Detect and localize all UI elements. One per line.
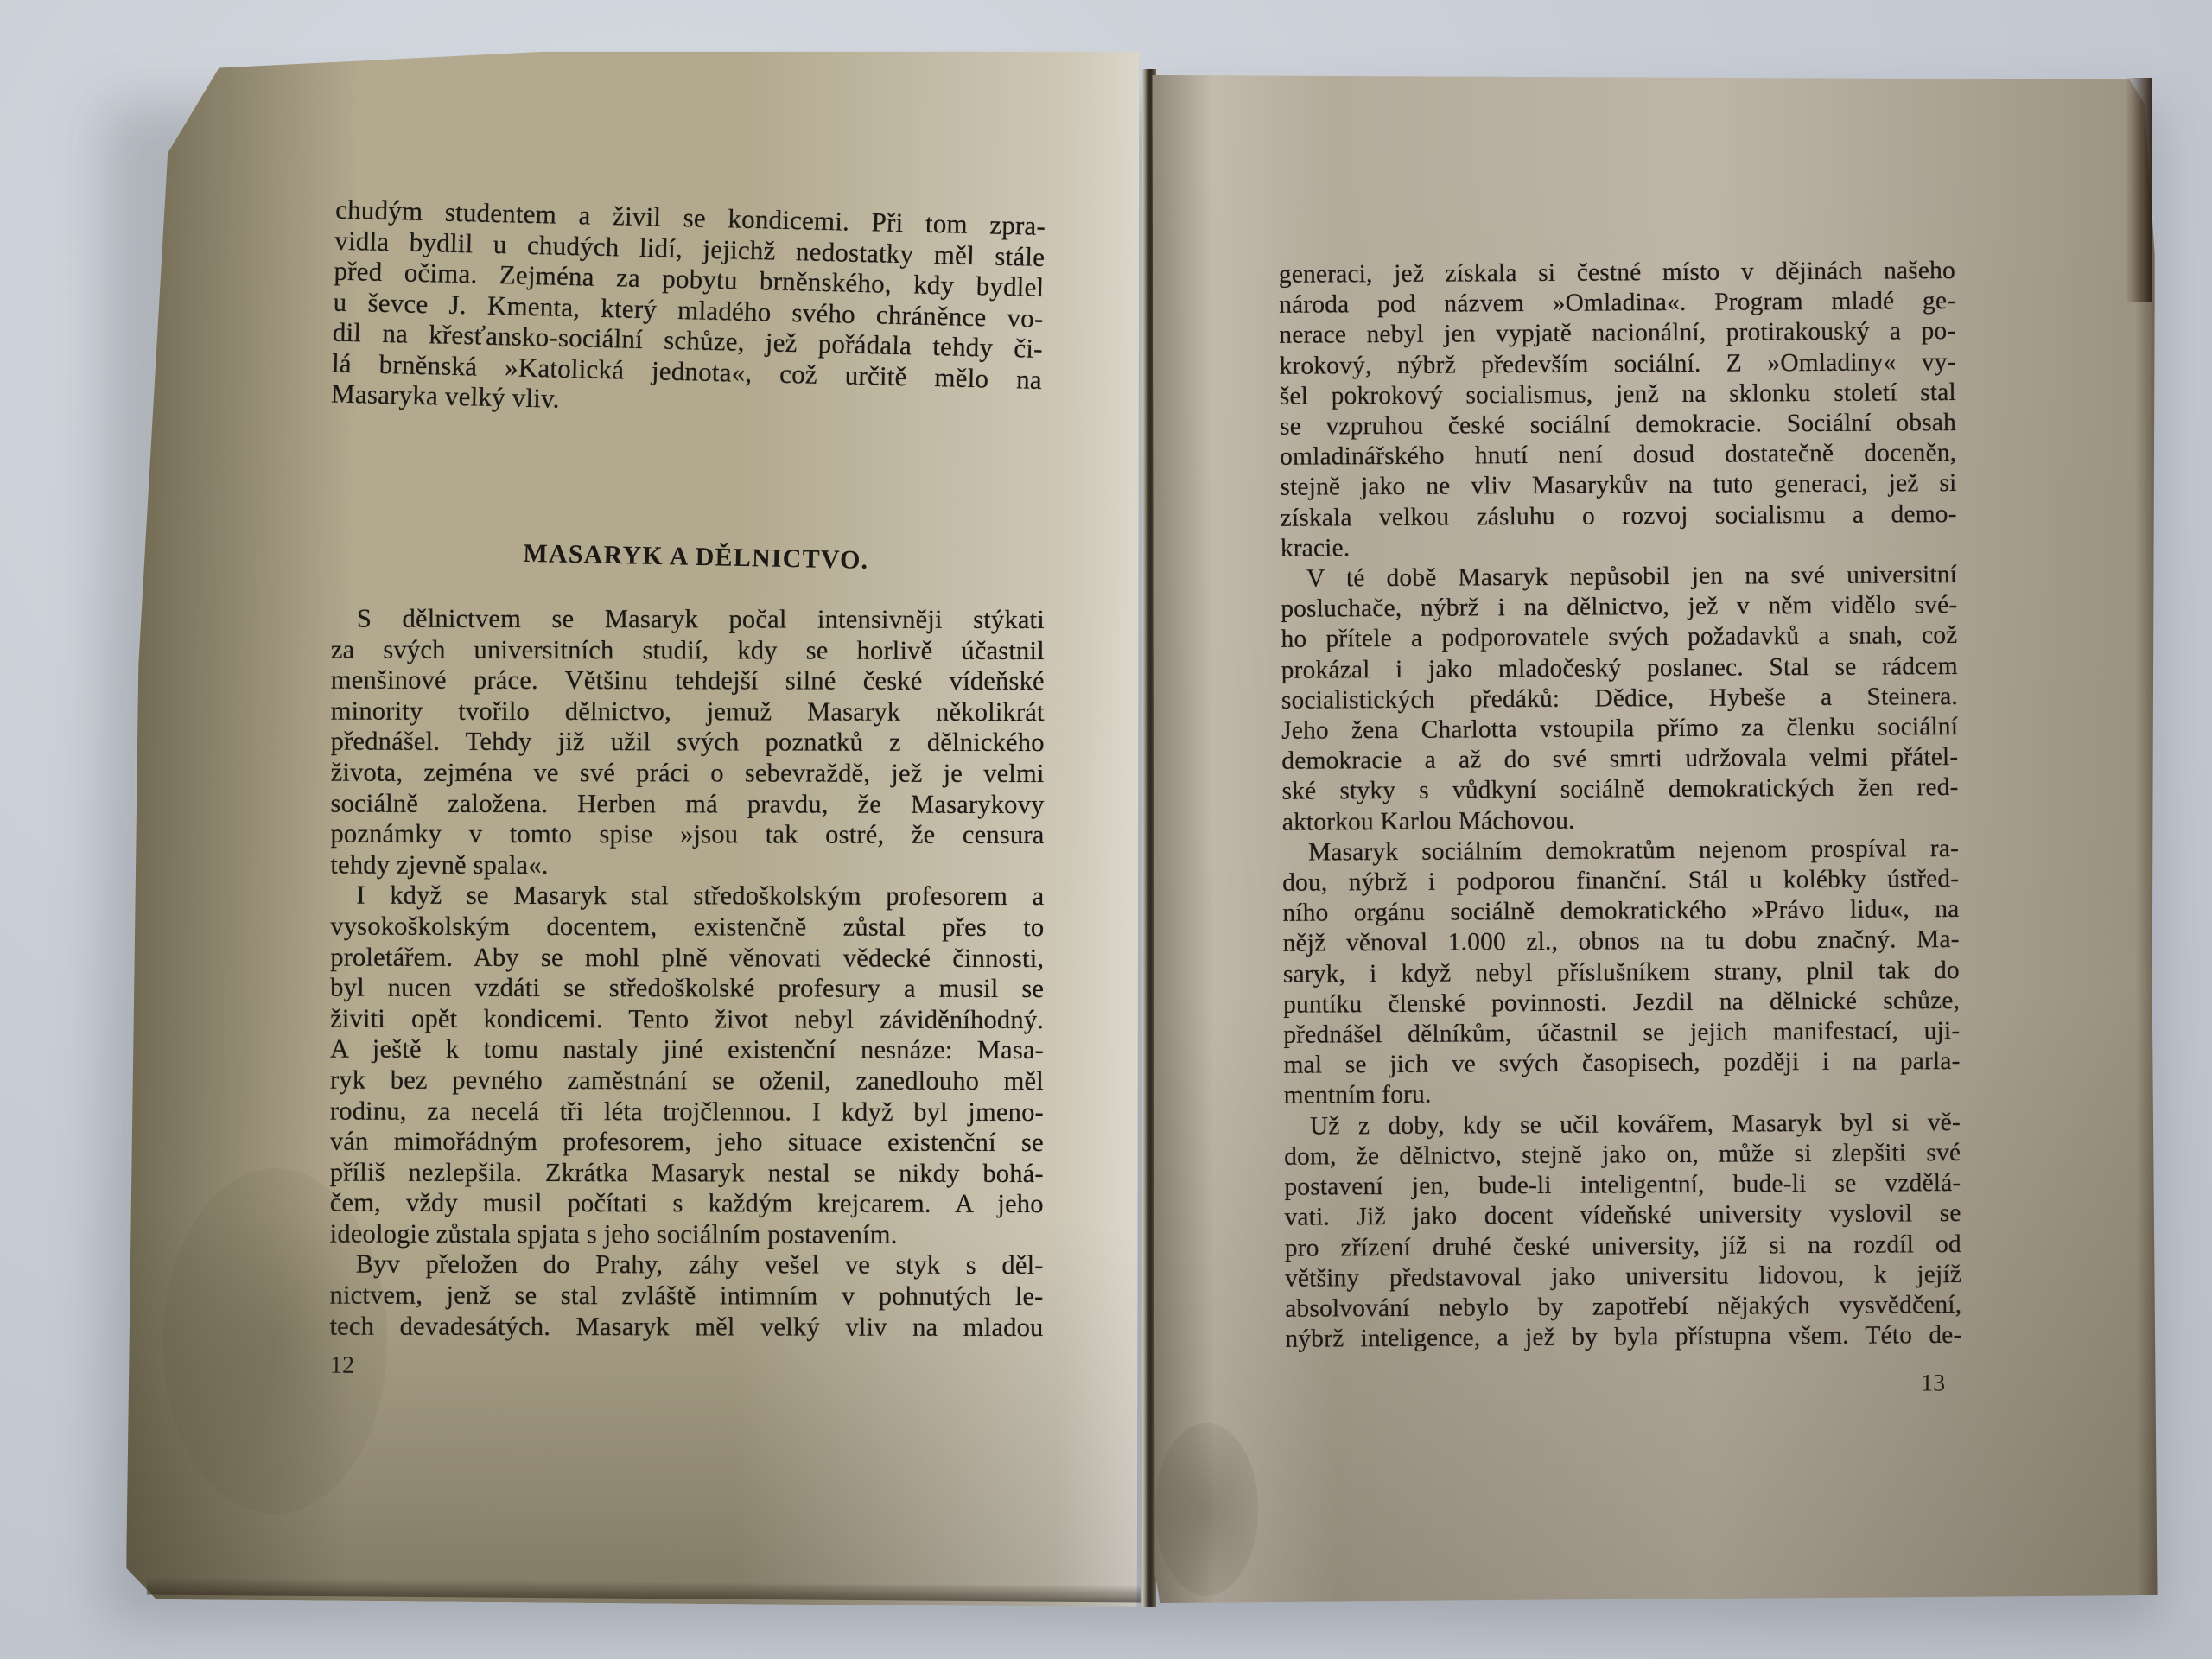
text-line: získala velkou zásluhu o rozvoj socialis… — [1281, 499, 1957, 534]
text-line: čem, vždy musil počítati s každým krejca… — [330, 1188, 1044, 1220]
text-line: menšinové práce. Většinu tehdejší silné … — [331, 665, 1045, 697]
text-line: demokracie a až do své smrti udržovala v… — [1281, 742, 1958, 777]
text-line: postavení jen, bude-li inteligentní, bud… — [1284, 1168, 1961, 1203]
section-heading: MASARYK A DĚLNICTVO. — [497, 538, 895, 575]
text-line: ho přítele a podporovatele svých požadav… — [1281, 620, 1957, 655]
text-line: A ještě k tomu nastaly jiné existenční n… — [330, 1034, 1044, 1066]
text-line: prokázal i jako mladočeský poslanec. Sta… — [1281, 652, 1958, 686]
text-line: příliš nezlepšila. Zkrátka Masaryk nesta… — [330, 1157, 1044, 1189]
text-line: V té době Masaryk nepůsobil jen na své u… — [1281, 560, 1957, 594]
text-line: byl nucen vzdáti se středoškolské profes… — [330, 973, 1044, 1005]
text-line: nějž věnoval 1.000 zl., obnos na tu dobu… — [1283, 925, 1960, 959]
text-line: minority tvořilo dělnictvo, jemuž Masary… — [331, 696, 1045, 728]
text-line: pro zřízení druhé české university, jíž … — [1285, 1229, 1961, 1263]
text-line: nictvem, jenž se stal zvláště intimním v… — [330, 1281, 1044, 1313]
page-number-right: 13 — [1921, 1370, 1945, 1397]
text-line: šel pokrokový socialismus, jenž na sklon… — [1280, 378, 1956, 412]
right-page: generaci, jež získala si čestné místo v … — [1152, 73, 2157, 1603]
text-line: mal se jich ve svých časopisech, později… — [1283, 1046, 1960, 1081]
text-line: stejně jako ne vliv Masarykův na tuto ge… — [1280, 468, 1956, 503]
text-line: poznámky v tomto spise »jsou tak ostré, … — [330, 819, 1044, 851]
text-line: tehdy zjevně spala«. — [330, 849, 1044, 881]
text-line: Už z doby, kdy se učil kovářem, Masaryk … — [1284, 1108, 1961, 1142]
text-line: aktorkou Karlou Máchovou. — [1282, 804, 1959, 838]
text-line: proletářem. Aby se mohl plně věnovati vě… — [330, 942, 1044, 974]
text-line: Byv přeložen do Prahy, záhy vešel ve sty… — [330, 1249, 1044, 1281]
text-line: ské styky s vůdkyní sociálně demokratick… — [1281, 772, 1958, 807]
text-line: nerace nebyl jen vypjatě nacionální, pro… — [1279, 316, 1955, 351]
text-line: za svých universitních studií, kdy se ho… — [331, 634, 1045, 666]
text-line: I když se Masaryk stal středoškolským pr… — [330, 880, 1044, 912]
text-line: generaci, jež získala si čestné místo v … — [1279, 256, 1955, 290]
text-line: sociálně založena. Herben má pravdu, že … — [331, 788, 1045, 820]
text-line: nýbrž inteligence, a jež by byla přístup… — [1285, 1320, 1961, 1355]
left-page: chudým studentem a živil se kondicemi. P… — [126, 44, 1149, 1607]
text-line: ního orgánu sociálně demokratického »Prá… — [1282, 894, 1959, 929]
text-line: Jeho žena Charlotta vstoupila přímo za č… — [1281, 712, 1958, 747]
text-line: se vzpruhou české sociální demokracie. S… — [1280, 408, 1956, 442]
text-line: rodinu, za necelá tři léta trojčlennou. … — [330, 1096, 1044, 1128]
right-page-body: generaci, jež získala si čestné místo v … — [1279, 256, 1962, 1355]
text-line: dou, nýbrž i podporou finanční. Stál u k… — [1282, 864, 1959, 899]
text-line: vysokoškolským docentem, existenčně zůst… — [330, 912, 1044, 944]
text-line: života, zejména ve své práci o sebevražd… — [331, 758, 1045, 790]
text-line: vati. Již jako docent vídeňské universit… — [1284, 1198, 1961, 1233]
text-line: omladinářského hnutí není dosud dostateč… — [1280, 438, 1956, 473]
text-line: dom, že dělnictvo, stejně jako on, může … — [1284, 1138, 1961, 1173]
text-line: přednášel. Tehdy již užil svých poznatků… — [331, 727, 1045, 759]
text-line: Masaryk sociálním demokratům nejenom pro… — [1282, 834, 1959, 868]
text-line: kracie. — [1281, 530, 1957, 564]
text-line: ryk bez pevného zaměstnání se oženil, za… — [330, 1065, 1044, 1096]
text-line: posluchače, nýbrž i na dělnictvo, jež v … — [1281, 590, 1957, 625]
text-line: puntíku členské povinnosti. Jezdil na dě… — [1283, 986, 1960, 1020]
paper-stain — [1154, 1423, 1258, 1596]
text-line: živiti opět kondicemi. Tento život nebyl… — [330, 1003, 1044, 1035]
text-line: S dělnictvem se Masaryk počal intensivně… — [331, 604, 1045, 636]
text-line: většiny představoval jako universitu lid… — [1285, 1260, 1961, 1294]
text-line: mentním foru. — [1284, 1077, 1961, 1111]
text-line: národa pod názvem »Omladina«. Program ml… — [1279, 286, 1955, 321]
text-line: socialistických předáků: Dědice, Hybeše … — [1281, 682, 1958, 716]
text-line: krokový, nýbrž především sociální. Z »Om… — [1279, 347, 1955, 382]
page-number-left: 12 — [330, 1352, 354, 1380]
text-line: absolvování nebylo by zapotřebí nějakých… — [1285, 1290, 1961, 1325]
text-line: saryk, i když nebyl příslušníkem strany,… — [1283, 956, 1960, 990]
text-line: ideologie zůstala spjata s jeho sociální… — [330, 1218, 1044, 1250]
text-line: přednášel dělníkům, účastnil se jejich m… — [1283, 1016, 1960, 1051]
text-line: ván mimořádným profesorem, jeho situace … — [330, 1127, 1044, 1159]
left-page-top-paragraph: chudým studentem a živil se kondicemi. P… — [331, 194, 1046, 426]
left-page-body: S dělnictvem se Masaryk počal intensivně… — [329, 604, 1044, 1344]
text-line: tech devadesátých. Masaryk měl velký vli… — [329, 1311, 1043, 1343]
